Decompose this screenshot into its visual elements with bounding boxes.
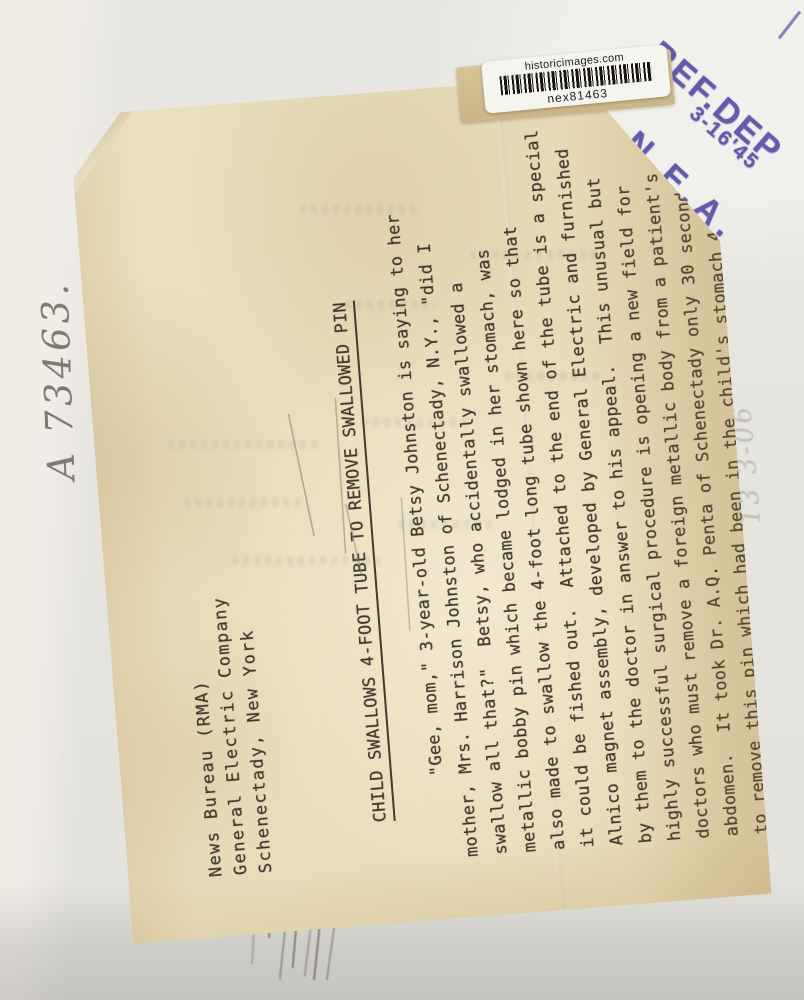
bleed-through-smudge — [398, 520, 498, 529]
bleed-through-smudge — [232, 556, 382, 565]
pencil-edit-marks — [68, 66, 771, 944]
bleed-through-smudge — [345, 300, 435, 309]
bleed-through-smudge — [168, 440, 318, 449]
press-photo-back-scan: { "pencil": { "catalog_number": "A 73463… — [0, 0, 804, 1000]
bleed-through-smudge — [470, 250, 600, 259]
caption-sheet: News Bureau (RMA)General Electric Compan… — [68, 66, 771, 944]
bleed-through-smudge — [300, 205, 420, 214]
stamp-ink-mark — [778, 11, 801, 40]
bleed-through-smudge — [184, 498, 304, 507]
bleed-through-smudge — [362, 418, 472, 427]
ink-streak — [251, 930, 255, 964]
ink-streak — [326, 920, 336, 980]
bleed-through-smudge — [505, 372, 600, 381]
